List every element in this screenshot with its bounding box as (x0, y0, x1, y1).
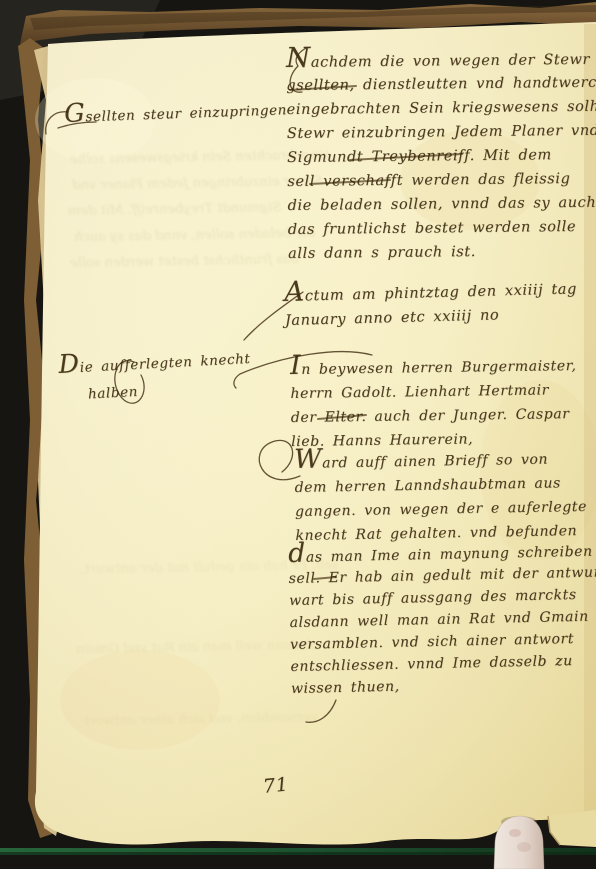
council-paragraph: Ward auff ainen Brieff so von dem herren… (294, 447, 588, 548)
witness-list-paragraph: In beywesen herren Burgermaister, herrn … (290, 354, 578, 454)
margin-note-knecht: Die aufferlegten knecht halben (58, 346, 253, 410)
manuscript-line: alls dann s prauch ist. (288, 238, 596, 266)
date-clause: Actum am phintztag den xxiiij tag Januar… (284, 276, 578, 334)
entry-paragraph-1: Nachdem die von wegen der Stewr der gsel… (286, 46, 596, 266)
answer-paragraph: das man Ime ain maynung schreiben sell. … (288, 539, 596, 700)
fingertip (494, 816, 544, 869)
manuscript-line: der Elter. auch der Junger. Caspar (291, 402, 578, 430)
manuscript-line: gsellten, dienstleutten vnd handtwerch (286, 70, 596, 98)
manuscript-photo: eingebrachten Sein kriegswesens solhe St… (0, 0, 596, 869)
manuscript-line: eingebrachten Sein kriegswesens solhe (287, 94, 596, 122)
manuscript-line: Nachdem die von wegen der Stewr der (286, 46, 596, 74)
manuscript-line: sell verschafft werden das fleissig (287, 166, 596, 194)
folio-number: 71 (262, 773, 290, 798)
manuscript-line: Stewr einzubringen Jedem Planer vnd (287, 118, 596, 146)
manuscript-line: Sigmundt Treybenreiff. Mit dem (287, 142, 596, 170)
manuscript-line: das fruntlichst bestet werden solle (288, 214, 596, 242)
manuscript-line: die beladen sollen, vnnd das sy auch (288, 190, 596, 218)
